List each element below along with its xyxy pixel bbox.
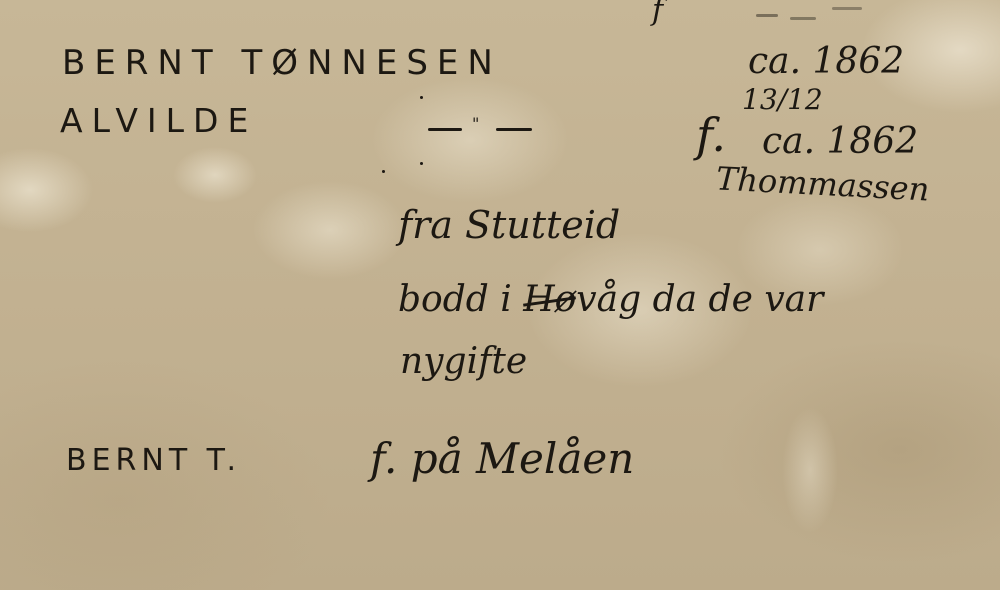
birth-mark-line1: f <box>652 0 663 26</box>
faint-dash <box>832 7 862 10</box>
ditto-dash-left <box>428 128 462 131</box>
ditto-dash-right <box>496 128 532 131</box>
faint-dash <box>790 17 816 20</box>
faint-dash <box>756 14 778 17</box>
newlywed-line: nygifte <box>400 344 527 380</box>
birth-prefix-alvilde: f. <box>696 112 726 158</box>
document-paper: f BERNT TØNNESEN ca. 1862 ALVILDE " 13/1… <box>0 0 1000 590</box>
surname-thommassen: Thommassen <box>715 162 930 205</box>
birth-date-alvilde: ca. 1862 <box>762 124 918 160</box>
residence-text-a: bodd i <box>398 279 512 320</box>
ditto-mark: " <box>472 116 479 132</box>
struck-out-text: Hø <box>523 279 576 320</box>
birthplace-note: f. på Melåen <box>370 438 634 480</box>
person-name-bernt-t: BERNT T. <box>66 446 241 476</box>
dot-mark <box>420 162 423 165</box>
person-name-bernt-tonnesen: BERNT TØNNESEN <box>62 46 502 80</box>
birth-day-alvilde: 13/12 <box>742 86 823 114</box>
residence-text-b: våg da de var <box>576 279 823 320</box>
dot-mark <box>420 96 423 99</box>
dot-mark <box>382 170 385 173</box>
origin-line: fra Stutteid <box>398 206 620 244</box>
birth-date-bernt: ca. 1862 <box>748 44 904 80</box>
person-name-alvilde: ALVILDE <box>60 104 257 137</box>
